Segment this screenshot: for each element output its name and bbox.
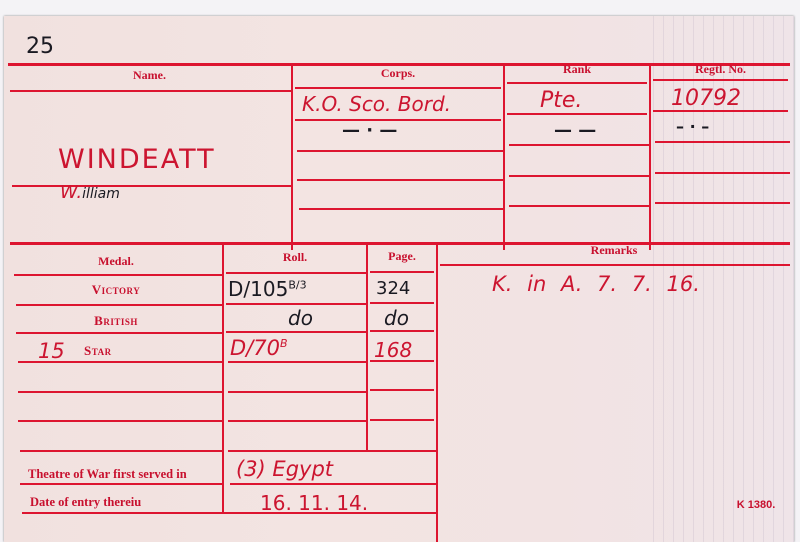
roll-rule-5 <box>228 420 366 422</box>
date-label: Date of entry thereiu <box>30 495 230 510</box>
name-rule-1 <box>10 90 291 92</box>
forename-rest: illiam <box>82 186 120 202</box>
roll-star: D/70B <box>230 336 288 360</box>
regtl-rule-0 <box>653 79 788 81</box>
page-header: Page. <box>368 249 436 264</box>
page-rule-4 <box>370 389 434 391</box>
rank-value: Pte. <box>540 88 582 113</box>
name-header: Name. <box>8 68 291 83</box>
rank-ditto: — — <box>554 120 596 141</box>
medal-star-prefix: 15 <box>38 339 65 363</box>
medal-index-card: 25 Name. Corps. Rank Regtl. No. WINDEATT… <box>4 16 794 542</box>
medal-rule-0 <box>14 274 222 276</box>
page-rule-2 <box>370 330 434 332</box>
roll-star-value: D/70 <box>230 336 280 360</box>
medal-rule-4 <box>18 391 222 393</box>
page-rule-5 <box>370 419 434 421</box>
page-british: do <box>384 306 409 330</box>
divider-corps-rank <box>503 65 505 250</box>
roll-star-sup: B <box>280 337 288 350</box>
medal-header: Medal. <box>10 254 222 269</box>
corps-rule-1 <box>295 119 501 121</box>
roll-victory: D/105B/3 <box>228 277 307 301</box>
medal-rule-6 <box>20 450 224 452</box>
rank-rule-0 <box>507 82 647 84</box>
corps-rule-2 <box>297 150 503 152</box>
corps-rule-4 <box>299 208 503 210</box>
corps-rule-0 <box>295 87 501 89</box>
roll-rule-3 <box>228 361 366 363</box>
corps-header: Corps. <box>293 66 503 81</box>
divider-roll-page <box>366 245 368 451</box>
theatre-value: (3) Egypt <box>236 457 333 481</box>
medal-rule-2 <box>16 332 222 334</box>
roll-header: Roll. <box>224 250 366 265</box>
rank-rule-3 <box>509 175 649 177</box>
name-rule-2 <box>12 185 291 187</box>
medal-rule-5 <box>18 420 222 422</box>
roll-rule-4 <box>228 391 366 393</box>
roll-rule-1 <box>226 303 366 305</box>
page-rule-0 <box>370 271 434 273</box>
medal-victory-label: Victory <box>56 282 176 298</box>
rank-rule-1 <box>507 113 647 115</box>
forename-initial: W. <box>60 182 82 203</box>
roll-rule-7 <box>230 483 436 485</box>
remarks-header: Remarks <box>438 243 790 258</box>
roll-rule-0 <box>226 272 366 274</box>
roll-victory-sup: B/3 <box>288 278 306 291</box>
remarks-rule <box>440 264 790 266</box>
surname: WINDEATT <box>58 144 216 175</box>
medal-rule-1 <box>16 304 222 306</box>
page-rule-1 <box>370 302 434 304</box>
theatre-label: Theatre of War first served in <box>28 467 228 482</box>
card-number: 25 <box>26 34 54 59</box>
divider-name-corps <box>291 65 293 250</box>
regtl-header: Regtl. No. <box>651 62 790 77</box>
corps-value: K.O. Sco. Bord. <box>302 92 451 116</box>
corps-rule-3 <box>297 179 503 181</box>
roll-rule-6 <box>228 450 436 452</box>
roll-british: do <box>288 306 313 330</box>
regtl-rule-2 <box>655 141 790 143</box>
medal-british-label: British <box>56 313 176 329</box>
divider-rank-regtl <box>649 65 651 250</box>
regtl-value: 10792 <box>671 86 741 111</box>
divider-page-remarks <box>436 245 438 542</box>
regtl-rule-3 <box>655 172 790 174</box>
date-value: 16. 11. 14. <box>260 491 368 515</box>
regtl-rule-4 <box>655 202 790 204</box>
rank-rule-2 <box>509 144 649 146</box>
regtl-ditto: – · – <box>676 117 709 136</box>
page-victory: 324 <box>376 278 410 299</box>
roll-rule-2 <box>226 331 366 333</box>
medal-rule-7 <box>20 483 224 485</box>
medal-star-label: Star <box>84 343 124 359</box>
forename: W.illiam <box>60 182 120 203</box>
form-code: K 1380. <box>726 499 786 511</box>
remarks-value: K. in A. 7. 7. 16. <box>492 272 700 296</box>
roll-victory-value: D/105 <box>228 277 288 301</box>
rank-header: Rank <box>505 62 649 77</box>
page-star: 168 <box>374 338 412 362</box>
bottom-rule <box>22 512 436 514</box>
corps-ditto: — · — <box>342 120 397 141</box>
rank-rule-4 <box>509 205 649 207</box>
